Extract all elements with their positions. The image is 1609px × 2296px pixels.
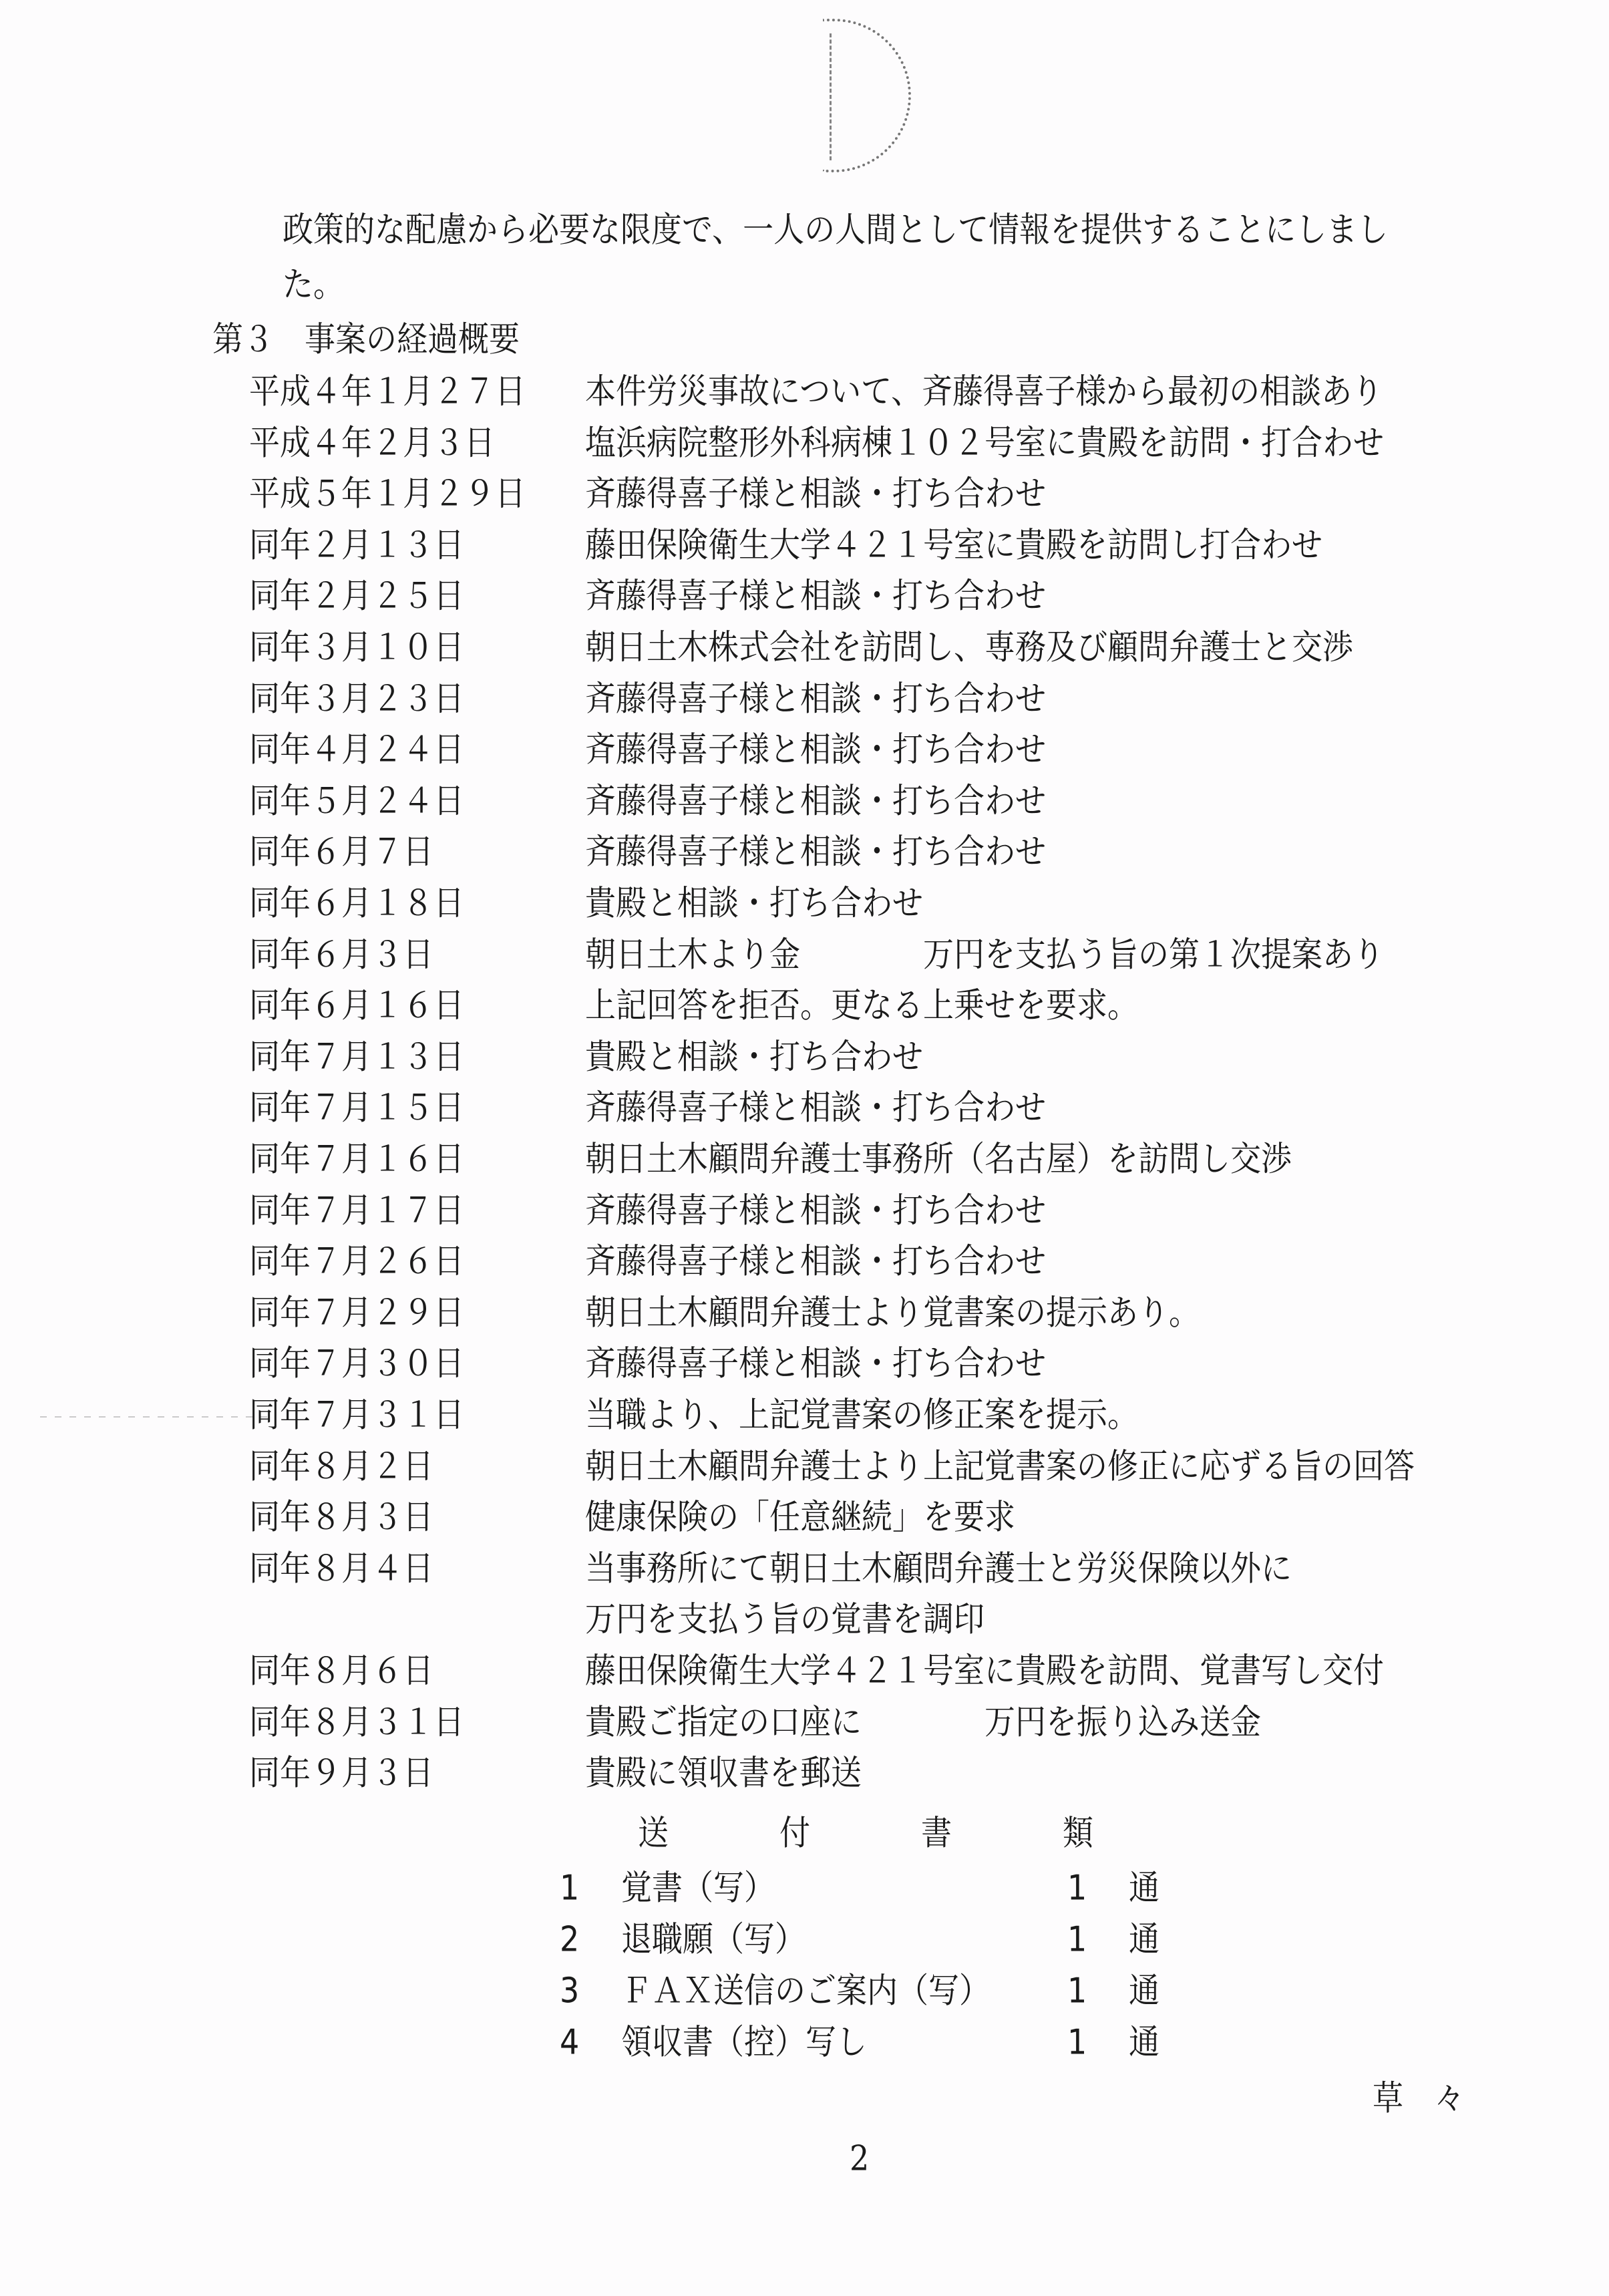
timeline-date: 同年３月１０日: [249, 630, 464, 665]
enclosure-unit: 通: [1129, 1973, 1159, 2008]
enclosure-num: 1: [560, 1870, 579, 1905]
timeline-date: 同年２月１３日: [249, 528, 464, 562]
timeline-date: 同年７月２６日: [249, 1244, 464, 1279]
enclosure-unit: 通: [1129, 1870, 1159, 1905]
page-number: 2: [850, 2141, 869, 2176]
timeline-desc: 斉藤得喜子様と相談・打ち合わせ: [585, 681, 1046, 716]
timeline-date: 同年６月７日: [249, 834, 433, 869]
timeline-desc: 上記回答を拒否。更なる上乗せを要求。: [585, 988, 1138, 1023]
timeline-desc: 貴殿と相談・打ち合わせ: [585, 1039, 923, 1074]
timeline-desc: 斉藤得喜子様と相談・打ち合わせ: [585, 732, 1046, 767]
seal-stamp-icon: [823, 19, 911, 172]
timeline-desc: 斉藤得喜子様と相談・打ち合わせ: [585, 1244, 1046, 1279]
enclosure-name: ＦＡＸ送信のご案内（写）: [621, 1973, 990, 2008]
timeline-date: 同年７月３０日: [249, 1346, 464, 1381]
timeline-date: 同年７月１３日: [249, 1039, 464, 1074]
timeline-desc: 藤田保険衛生大学４２１号室に貴殿を訪問し打合わせ: [585, 528, 1322, 562]
timeline-desc: 朝日土木顧問弁護士より上記覚書案の修正に応ずる旨の回答: [585, 1449, 1415, 1484]
timeline-date: 同年８月６日: [249, 1653, 433, 1688]
timeline-desc: 本件労災事故について、斉藤得喜子様から最初の相談あり: [585, 374, 1383, 409]
timeline-date: 平成５年１月２９日: [249, 476, 526, 511]
intro-line-1: 政策的な配慮から必要な限度で、一人の人間として情報を提供することにしまし: [283, 212, 1388, 247]
timeline-desc: 斉藤得喜子様と相談・打ち合わせ: [585, 1346, 1046, 1381]
enclosures-title-char: 類: [1063, 1816, 1204, 1850]
timeline-desc: 貴殿と相談・打ち合わせ: [585, 886, 923, 921]
enclosures-title-char: 書: [921, 1816, 1063, 1850]
closing: 草 々: [1373, 2081, 1465, 2116]
timeline-date: 同年２月２５日: [249, 579, 464, 613]
timeline-date: 同年７月１６日: [249, 1142, 464, 1176]
enclosure-count: 1: [1067, 2025, 1087, 2060]
timeline-date: 同年８月３１日: [249, 1705, 464, 1740]
timeline-desc: 健康保険の「任意継続」を要求: [585, 1500, 1015, 1534]
timeline-date: 同年７月１７日: [249, 1193, 464, 1228]
timeline-date: 同年７月３１日: [249, 1398, 464, 1432]
enclosure-num: 2: [560, 1922, 579, 1957]
timeline-date: 同年９月３日: [249, 1756, 433, 1790]
intro-line-2: た。: [283, 267, 344, 302]
timeline-date: 同年７月２９日: [249, 1295, 464, 1330]
timeline-date: 同年７月１５日: [249, 1090, 464, 1125]
timeline-desc: 貴殿ご指定の口座に 万円を振り込み送金: [585, 1705, 1261, 1740]
section-heading: 第３ 事案の経過概要: [212, 322, 520, 357]
enclosures-title-char: 送: [638, 1816, 779, 1850]
enclosure-count: 1: [1067, 1922, 1087, 1957]
enclosure-name: 覚書（写）: [621, 1870, 775, 1905]
timeline-desc: 塩浜病院整形外科病棟１０２号室に貴殿を訪問・打合わせ: [585, 426, 1384, 460]
enclosure-unit: 通: [1129, 2025, 1159, 2060]
enclosures-title: 送付書類: [638, 1816, 1204, 1850]
enclosure-count: 1: [1067, 1870, 1087, 1905]
timeline-desc: 当事務所にて朝日土木顧問弁護士と労災保険以外に: [585, 1551, 1292, 1586]
timeline-desc: 斉藤得喜子様と相談・打ち合わせ: [585, 1193, 1046, 1228]
timeline-date: 平成４年１月２７日: [249, 374, 526, 409]
timeline-date: 同年３月２３日: [249, 681, 464, 716]
timeline-date: 同年６月１８日: [249, 886, 464, 921]
timeline-desc: 斉藤得喜子様と相談・打ち合わせ: [585, 476, 1046, 511]
enclosure-name: 退職願（写）: [621, 1922, 806, 1957]
timeline-desc: 朝日土木より金 万円を支払う旨の第１次提案あり: [585, 937, 1384, 972]
timeline-desc: 当職より、上記覚書案の修正案を提示。: [585, 1398, 1138, 1432]
timeline-desc: 斉藤得喜子様と相談・打ち合わせ: [585, 784, 1046, 818]
timeline-date: 同年８月４日: [249, 1551, 433, 1586]
timeline-desc: 斉藤得喜子様と相談・打ち合わせ: [585, 834, 1046, 869]
enclosure-unit: 通: [1129, 1922, 1159, 1957]
timeline-desc: 貴殿に領収書を郵送: [585, 1756, 862, 1790]
timeline-desc: 朝日土木顧問弁護士事務所（名古屋）を訪問し交渉: [585, 1142, 1292, 1176]
timeline-date: 同年４月２４日: [249, 732, 464, 767]
timeline-desc: 朝日土木株式会社を訪問し、専務及び顧問弁護士と交渉: [585, 630, 1353, 665]
enclosure-num: 3: [560, 1973, 579, 2008]
timeline-date: 同年８月３日: [249, 1500, 433, 1534]
seal-stamp-inner: [830, 33, 892, 160]
timeline-desc: 万円を支払う旨の覚書を調印: [585, 1602, 985, 1637]
timeline-desc: 朝日土木顧問弁護士より覚書案の提示あり。: [585, 1295, 1200, 1330]
timeline-desc: 斉藤得喜子様と相談・打ち合わせ: [585, 579, 1046, 613]
timeline-date: 同年６月３日: [249, 937, 433, 972]
enclosures-title-char: 付: [779, 1816, 921, 1850]
timeline-date: 同年６月１６日: [249, 988, 464, 1023]
timeline-date: 同年５月２４日: [249, 784, 464, 818]
timeline-desc: 斉藤得喜子様と相談・打ち合わせ: [585, 1090, 1046, 1125]
enclosure-name: 領収書（控）写し: [621, 2025, 867, 2060]
timeline-date: 同年８月２日: [249, 1449, 433, 1484]
enclosure-num: 4: [560, 2025, 579, 2060]
timeline-date: 平成４年２月３日: [249, 426, 495, 460]
scan-artifact: [40, 1416, 267, 1418]
timeline-desc: 藤田保険衛生大学４２１号室に貴殿を訪問、覚書写し交付: [585, 1653, 1384, 1688]
enclosure-count: 1: [1067, 1973, 1087, 2008]
